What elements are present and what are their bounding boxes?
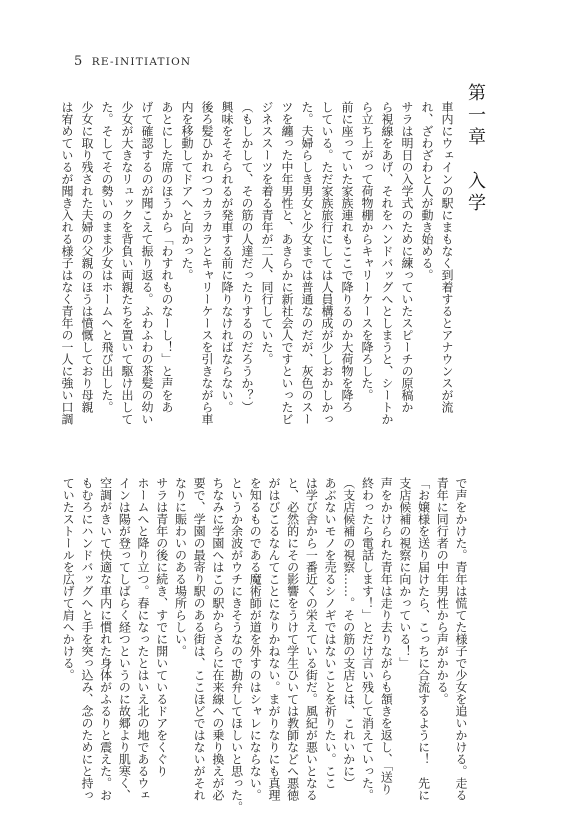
text-column: 興味をそそられるが発車する前に降りなければならない。 bbox=[217, 101, 237, 439]
text-column: （支店候補の視察……。その筋の支店とは、これいかに） bbox=[339, 477, 358, 803]
text-column: 終わったら電話します！」とだけ言い残して消えていった。 bbox=[358, 477, 377, 803]
text-column: なりに賑わいのある場所らしい。 bbox=[171, 477, 190, 803]
text-column: ら視線をあげ、それをハンドバッグへとしまうと、シートか bbox=[377, 101, 397, 439]
text-column: で声をかけた。青年は慌てた様子で少女を追いかける。走る bbox=[451, 477, 470, 803]
text-column: ツを纏った中年男性と、あきらかに新社会人ですといったビ bbox=[277, 101, 297, 439]
text-column: あとにした席のほうから「わすれものなーし！」と声をあ bbox=[157, 101, 177, 439]
text-column: 要で、学園の最寄り駅のある街は、ここほどではないがそれ bbox=[189, 477, 208, 803]
text-column: 後ろ髪ひかれつつカラカラとキャリーケースを引きながら車 bbox=[197, 101, 217, 439]
text-column: サラは明日の入学式のために練っていたスピーチの原稿か bbox=[397, 101, 417, 439]
text-column: 内を移動してドアへと向かった。 bbox=[177, 101, 197, 439]
text-column: 空調がきいて快適な車内に慣れた身体がふるりと震えた。お bbox=[96, 477, 115, 803]
text-column: ら立ち上がって荷物棚からキャリーケースを降ろした。 bbox=[357, 101, 377, 439]
text-column: もむろにハンドバッグへと手を突っ込み、念のためにと持っ bbox=[77, 477, 96, 803]
text-column: 前に座っていた家族連れもここで降りるのか大荷物を降ろ bbox=[337, 101, 357, 439]
text-column: た。そしてその勢いのまま少女はホームへと飛び出した。 bbox=[97, 101, 117, 439]
text-column: 青年に同行者の中年男性から声がかかる。 bbox=[433, 477, 452, 803]
text-column: 支店候補の視察に向かっている！」 bbox=[395, 477, 414, 803]
text-column: げて確認するのが聞こえて振り返る。ふわふわの茶髪の幼い bbox=[137, 101, 157, 439]
text-column: している。ただ家族旅行にしては人員構成が少しおかしかっ bbox=[317, 101, 337, 439]
text-column: 車内にウェインの駅にまもなく到着するとアナウンスが流 bbox=[437, 101, 457, 439]
text-column: （もしかして、その筋の人達だったりするのだろうか？） bbox=[237, 101, 257, 439]
running-title: RE-INITIATION bbox=[92, 56, 192, 68]
text-column: インは陽が登ってしばらく経つというのに故郷より肌寒く、 bbox=[115, 477, 134, 803]
text-column: 「お嬢様を送り届けたら、こっちに合流するように！ 先に bbox=[414, 477, 433, 803]
text-column: というか余波がウチにきそうなので勘弁してほしいと思った。 bbox=[227, 477, 246, 803]
text-column: がはびこるなんてことになりかねない。まがりなりにも真理 bbox=[264, 477, 283, 803]
text-column: あぶないモノを売るシノギではないことを祈りたい。ここ bbox=[320, 477, 339, 803]
text-column: は学び舎から一番近くの栄えている街だ。風紀が悪いとなる bbox=[302, 477, 321, 803]
text-column: ていたストールを広げて肩へかける。 bbox=[59, 477, 78, 803]
page-header: 5RE-INITIATION bbox=[74, 50, 191, 69]
text-column: 少女が大きなリュックを背負い両親たちを置いて駆け出して bbox=[117, 101, 137, 439]
text-column: た。夫婦らしき男女と少女までは普通なのだが、灰色のスー bbox=[297, 101, 317, 439]
text-column: ちなみに学園へはこの駅からさらに在来線への乗り換えが必 bbox=[208, 477, 227, 803]
book-page: 5RE-INITIATION 第一章 入学 車内にウェインの駅にまもなく到着する… bbox=[0, 0, 582, 816]
text-column: 声をかけられた青年は走り去りながらも頷きを返し、「送り bbox=[376, 477, 395, 803]
text-column: を知るものである魔術師が道を外すのはシャレにならない。 bbox=[246, 477, 265, 803]
text-column: 少女に取り残された夫婦の父親のほうは憤慨しており母親 bbox=[77, 101, 97, 439]
text-column: ジネススーツを着る青年が二人、同行していた。 bbox=[257, 101, 277, 439]
page-number: 5 bbox=[74, 54, 83, 69]
text-column: ホームへと降り立つ。春になったとはいえ北の地であるウェ bbox=[133, 477, 152, 803]
text-column: と、必然的にその影響をうけて学生ひいては教師などへ悪徳 bbox=[283, 477, 302, 803]
text-block-top: 車内にウェインの駅にまもなく到着するとアナウンスが流 れ、ざわざわと人が動き始め… bbox=[57, 101, 457, 439]
chapter-title: 第一章 入学 bbox=[462, 83, 488, 215]
text-block-bottom: で声をかけた。青年は慌てた様子で少女を追いかける。走る 青年に同行者の中年男性か… bbox=[59, 477, 470, 803]
text-column: は宥めているが聞き入れる様子はなく青年の一人に強い口調 bbox=[57, 101, 77, 439]
text-column: れ、ざわざわと人が動き始める。 bbox=[417, 101, 437, 439]
text-column: サラは青年の後に続き、すでに開いているドアをくぐり bbox=[152, 477, 171, 803]
